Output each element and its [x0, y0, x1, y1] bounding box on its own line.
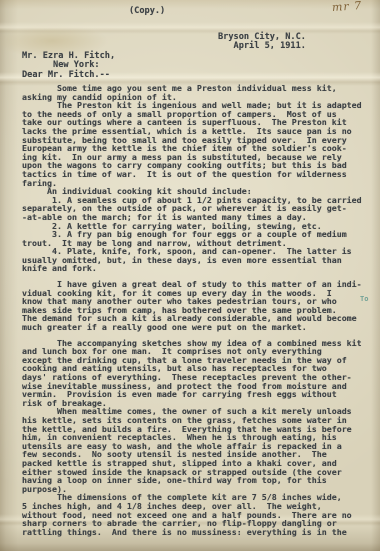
- margin-note: To: [360, 295, 368, 303]
- letter-line: having a loop on inner side, one-third w…: [22, 476, 374, 485]
- address-block: Mr. Ezra H. Fitch, New York:Dear Mr. Fit…: [22, 52, 115, 80]
- letter-line: knife and fork.: [22, 264, 374, 273]
- address-line: Dear Mr. Fitch.--: [22, 71, 115, 80]
- handwritten-note: mr 7: [332, 0, 363, 14]
- dateline: Bryson City, N.C. April 5, 1911.: [218, 33, 306, 52]
- letter-line: much greater if a really good one were p…: [22, 323, 374, 332]
- letter-line: rattling things. And there is no mussine…: [22, 528, 374, 537]
- letter-page: (Copy.) mr 7 Bryson City, N.C. April 5, …: [0, 0, 380, 551]
- dateline-line: April 5, 1911.: [218, 42, 306, 51]
- paper-crease: [0, 22, 380, 34]
- copy-label: (Copy.): [129, 6, 165, 16]
- letter-line: tactics in time of war. It is out of the…: [22, 170, 374, 179]
- letter-body: Some time ago you sent me a Preston indi…: [22, 84, 374, 536]
